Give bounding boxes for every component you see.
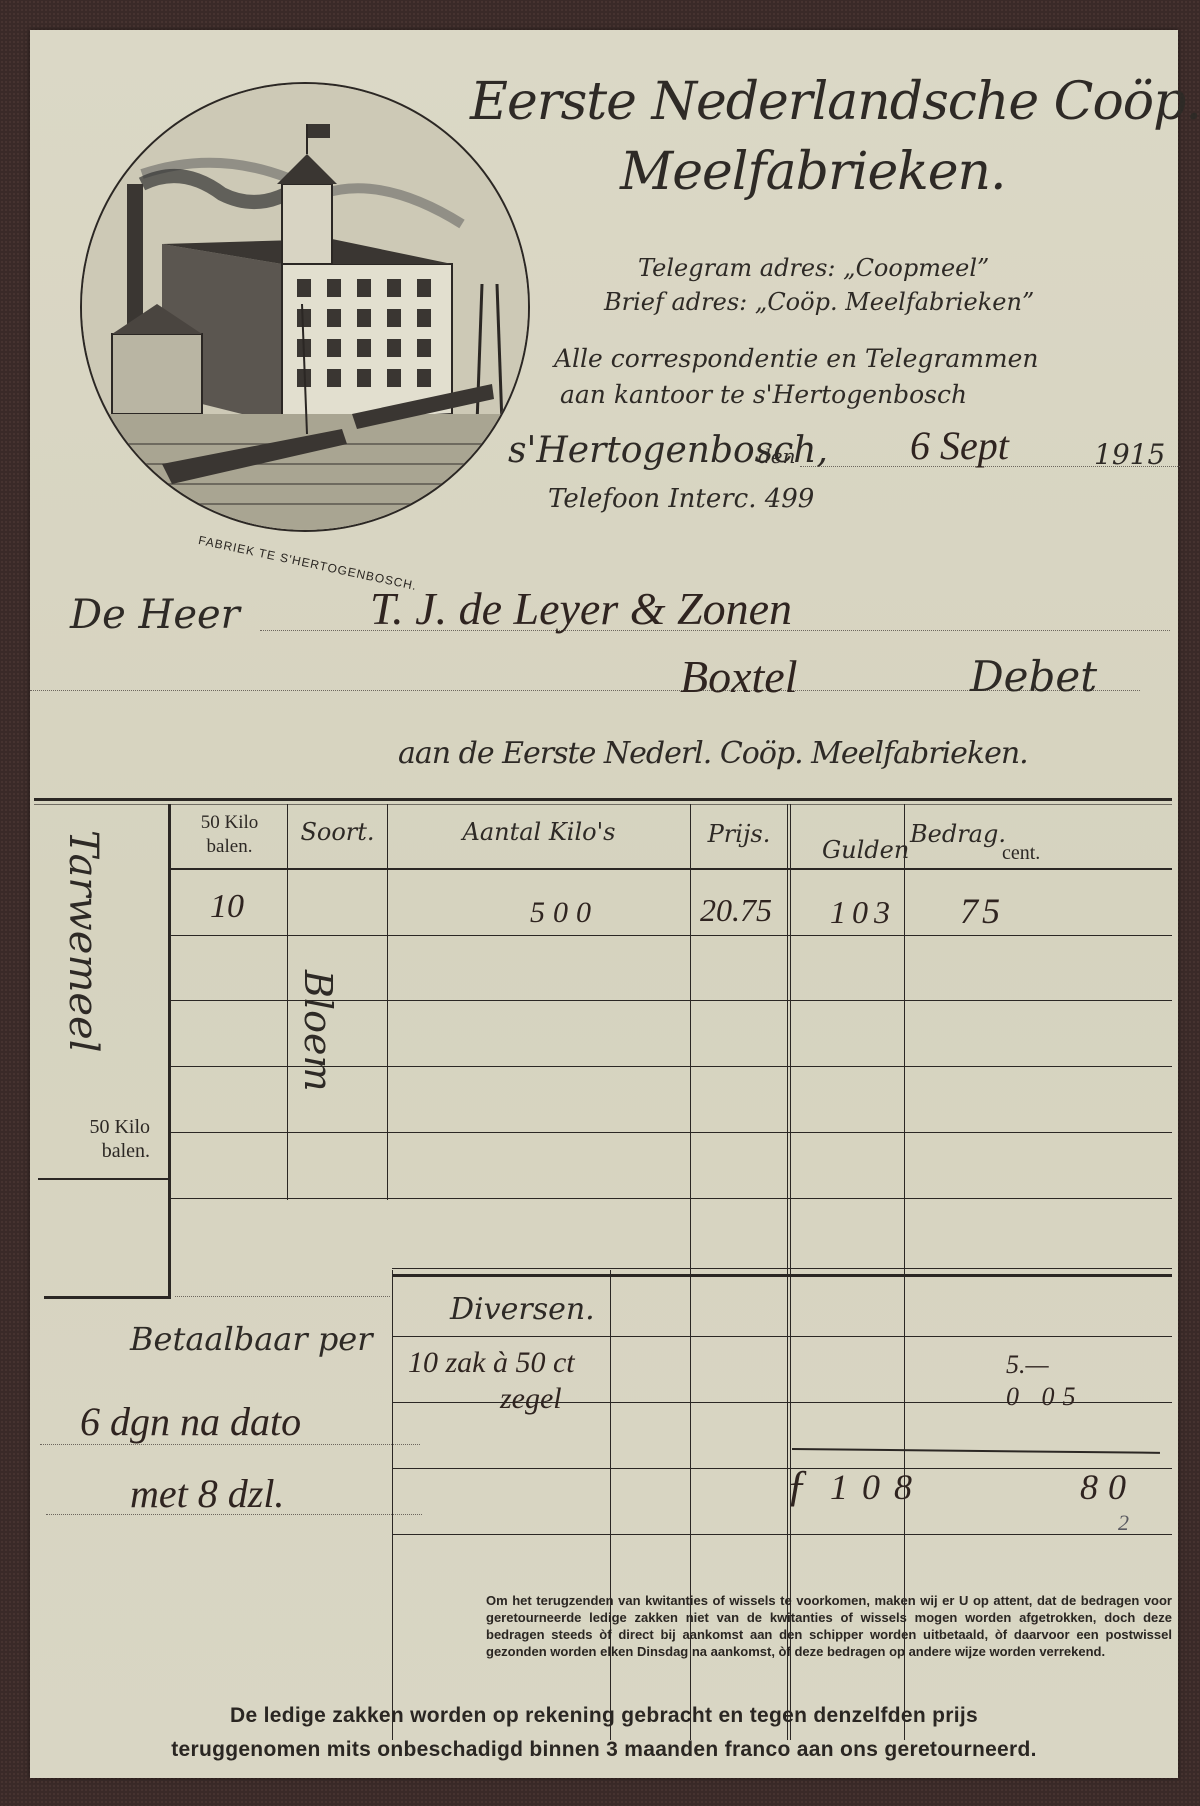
misc-top-rule (392, 1274, 1172, 1277)
letter-address: Brief adres: „Coöp. Meelfabrieken” (604, 288, 1034, 316)
side-label-rule (38, 1178, 168, 1180)
addressee-place: Boxtel (680, 650, 798, 703)
row-cents: 75 (960, 890, 1004, 932)
payment-terms-line2: met 8 dzl. (130, 1470, 284, 1517)
col-line-kind (387, 804, 388, 1200)
header-price: Prijs. (691, 820, 787, 848)
company-name-line1: Eerste Nederlandsche Coöp. (470, 72, 1200, 132)
header-bales-line1: 50 Kilo (172, 812, 287, 834)
row-line-1 (171, 935, 1172, 936)
misc-row-line-4 (392, 1534, 1172, 1535)
total-rule (792, 1448, 1160, 1454)
payment-label: Betaalbaar per (130, 1320, 373, 1358)
row-guilders: 103 (830, 894, 896, 931)
table-top-rule-thin (34, 804, 1172, 805)
telephone: Telefoon Interc. 499 (548, 484, 814, 514)
factory-illustration-icon (82, 84, 528, 530)
footer-line2: teruggenomen mits onbeschadigd binnen 3 … (30, 1738, 1178, 1762)
misc-amount-1: 5.— (1006, 1350, 1049, 1380)
year: 1915 (1094, 438, 1165, 471)
col-line-misc-mid (610, 1270, 611, 1740)
date-handwritten: 6 Sept (910, 422, 1009, 469)
debet-label: Debet (970, 652, 1097, 701)
col-line-bales (287, 804, 288, 1200)
side-dotted-rule (175, 1296, 390, 1297)
addressee-name: T. J. de Leyer & Zonen (370, 582, 792, 635)
header-bales-line2: balen. (172, 836, 287, 858)
row-bales: 10 (210, 888, 244, 926)
den-label: den (758, 444, 796, 468)
side-bottom-rule (44, 1296, 171, 1299)
correspondence-line1: Alle correspondentie en Telegrammen (554, 344, 1039, 373)
payment-terms-line1: 6 dgn na dato (80, 1398, 301, 1445)
misc-amount-2: 0 05 (1006, 1382, 1084, 1412)
row-line-4 (171, 1132, 1172, 1133)
row-price: 20.75 (700, 892, 772, 929)
table-top-rule (34, 798, 1172, 801)
header-kind: Soort. (288, 818, 387, 846)
total-cents: 80 (1080, 1466, 1136, 1508)
company-name-line2: Meelfabrieken. (620, 142, 1006, 202)
pencil-mark: 2 (1118, 1510, 1129, 1536)
header-quantity: Aantal Kilo's (388, 818, 690, 846)
creditor-line: aan de Eerste Nederl. Coöp. Meelfabrieke… (398, 736, 1028, 771)
correspondence-line2: aan kantoor te s'Hertogenbosch (560, 380, 967, 409)
misc-item-line2: zegel (500, 1382, 562, 1416)
factory-emblem (80, 82, 530, 532)
header-bottom-rule (171, 868, 1172, 870)
kind-vertical: Bloem (296, 970, 340, 1091)
invoice-paper: FABRIEK TE S'HERTOGENBOSCH. Eerste Neder… (30, 30, 1178, 1778)
product-label-vertical: Tarwemeel (60, 830, 106, 1130)
returns-notice: Om het terugzenden van kwitanties of wis… (486, 1592, 1172, 1660)
misc-row-line-3 (392, 1468, 1172, 1469)
side-unit-line1: 50 Kilo (50, 1116, 150, 1139)
col-line-misc-left (392, 1270, 393, 1740)
total-guilders: 108 (830, 1466, 926, 1508)
header-cents: cent. (1002, 842, 1040, 865)
misc-item-line1: 10 zak à 50 ct (408, 1346, 575, 1380)
telegram-address: Telegram adres: „Coopmeel” (638, 254, 989, 282)
header-amount: Bedrag. (910, 820, 1006, 848)
footer-line1: De ledige zakken worden op rekening gebr… (30, 1704, 1178, 1728)
misc-header: Diversen. (450, 1292, 595, 1327)
row-kilos: 500 (530, 896, 599, 930)
salutation: De Heer (70, 592, 240, 638)
row-line-5 (171, 1198, 1172, 1199)
total-currency: ƒ (786, 1460, 808, 1511)
misc-row-line-1 (392, 1336, 1172, 1337)
side-unit-line2: balen. (50, 1140, 150, 1163)
misc-top-thin-rule (392, 1268, 1172, 1269)
col-line-side (168, 804, 171, 1298)
header-guilders: Gulden (822, 836, 909, 864)
